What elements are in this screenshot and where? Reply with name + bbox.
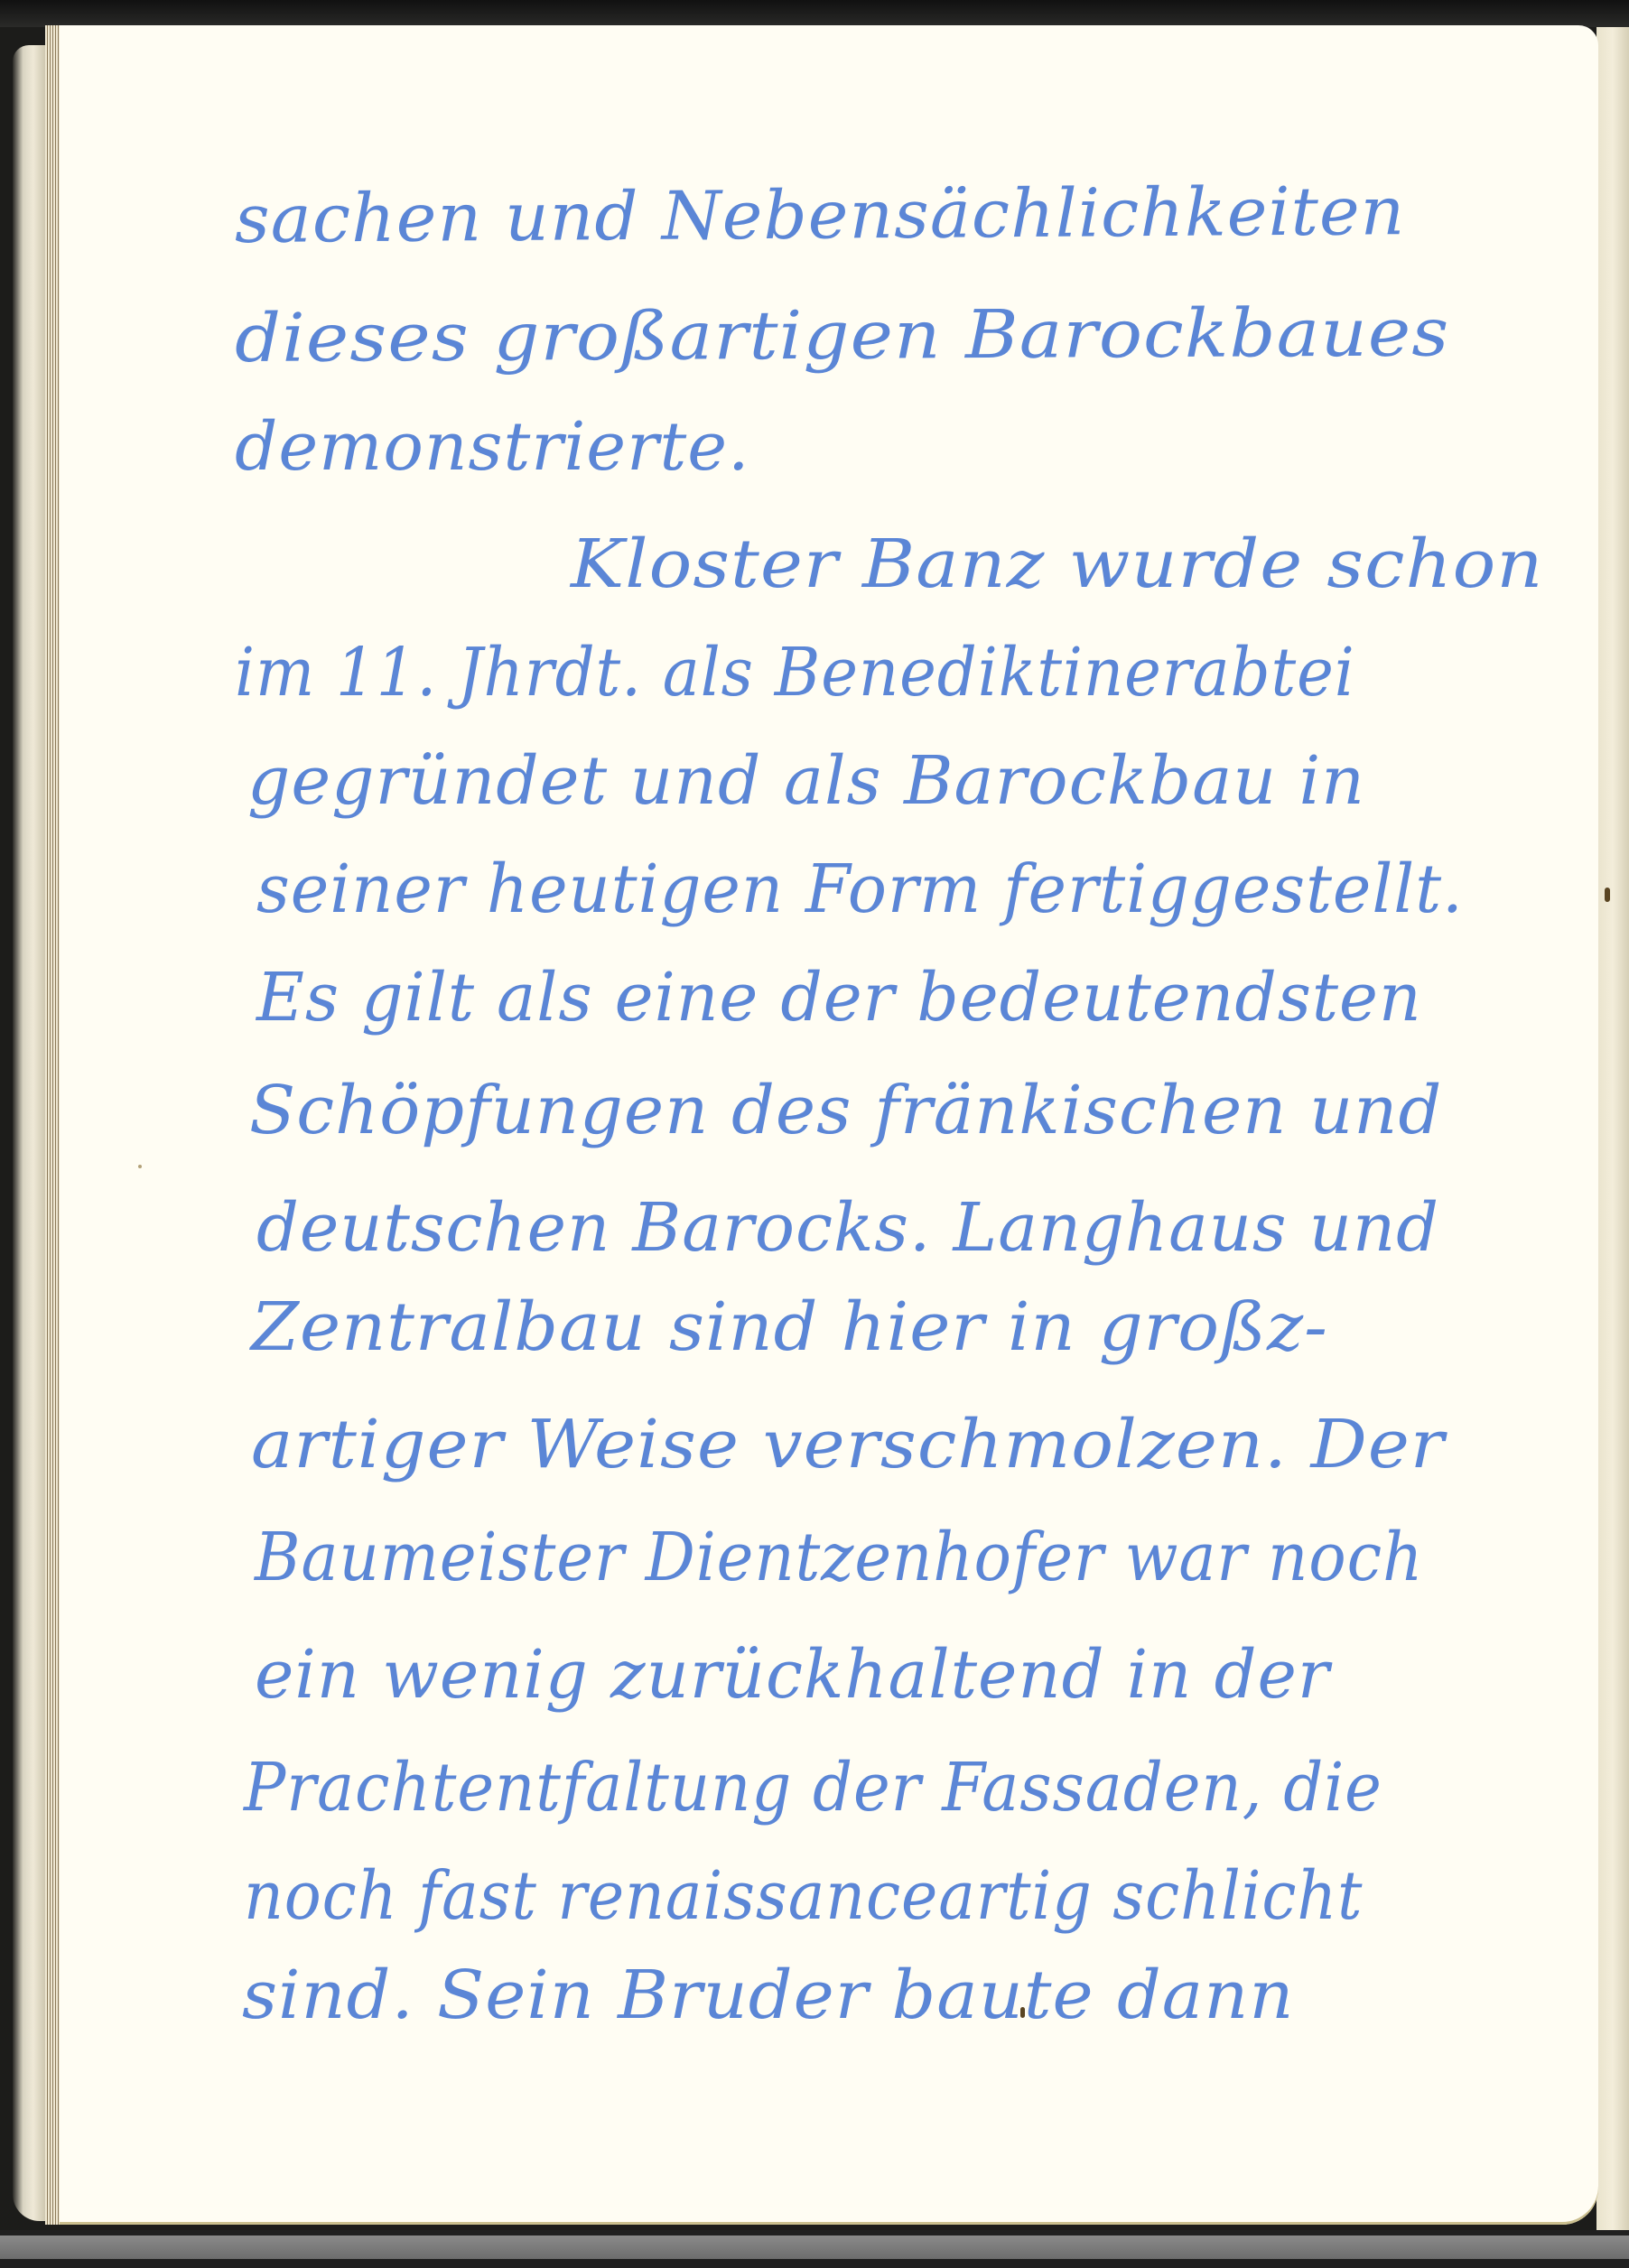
paper-speck xyxy=(138,1165,142,1168)
text-line: noch fast renaissanceartig schlicht xyxy=(244,1863,1363,1929)
paper-speck xyxy=(1020,2007,1025,2018)
text-line: Es gilt als eine der bedeutendsten xyxy=(256,964,1422,1031)
paper-speck xyxy=(1605,888,1610,902)
handwritten-text: sachen und Nebensächlichkeiten dieses gr… xyxy=(58,25,1598,2225)
book-binding xyxy=(13,45,47,2221)
scan-border-bottom-grey xyxy=(0,2235,1629,2259)
text-line: Zentralbau sind hier in großz- xyxy=(251,1294,1328,1361)
text-line: Baumeister Dientzenhofer war noch xyxy=(255,1524,1423,1591)
text-line: Prachtentfaltung der Fassaden, die xyxy=(244,1754,1382,1821)
text-line: dieses großartigen Barockbaues xyxy=(235,299,1450,372)
text-line: seiner heutigen Form fertiggestellt. xyxy=(256,856,1464,923)
text-line: ein wenig zurückhaltend in der xyxy=(255,1641,1330,1708)
text-line: Kloster Banz wurde schon xyxy=(571,531,1543,598)
text-line: Schöpfungen des fränkischen und xyxy=(249,1077,1442,1144)
text-line: gegründet und als Barockbau in xyxy=(247,748,1365,814)
adjacent-page-edge xyxy=(1596,27,1629,2230)
scan-border-top xyxy=(0,0,1629,27)
text-line: im 11. Jhrdt. als Benediktinerabtei xyxy=(235,639,1355,706)
text-line: sind. Sein Bruder baute dann xyxy=(242,1962,1294,2029)
text-line: deutschen Barocks. Langhaus und xyxy=(256,1194,1439,1261)
text-line: demonstrierte. xyxy=(235,414,750,480)
text-line: artiger Weise verschmolzen. Der xyxy=(251,1411,1445,1478)
page-stack-edges xyxy=(45,25,60,2225)
text-line: sachen und Nebensächlichkeiten xyxy=(235,178,1406,253)
notebook-page: sachen und Nebensächlichkeiten dieses gr… xyxy=(58,25,1598,2225)
